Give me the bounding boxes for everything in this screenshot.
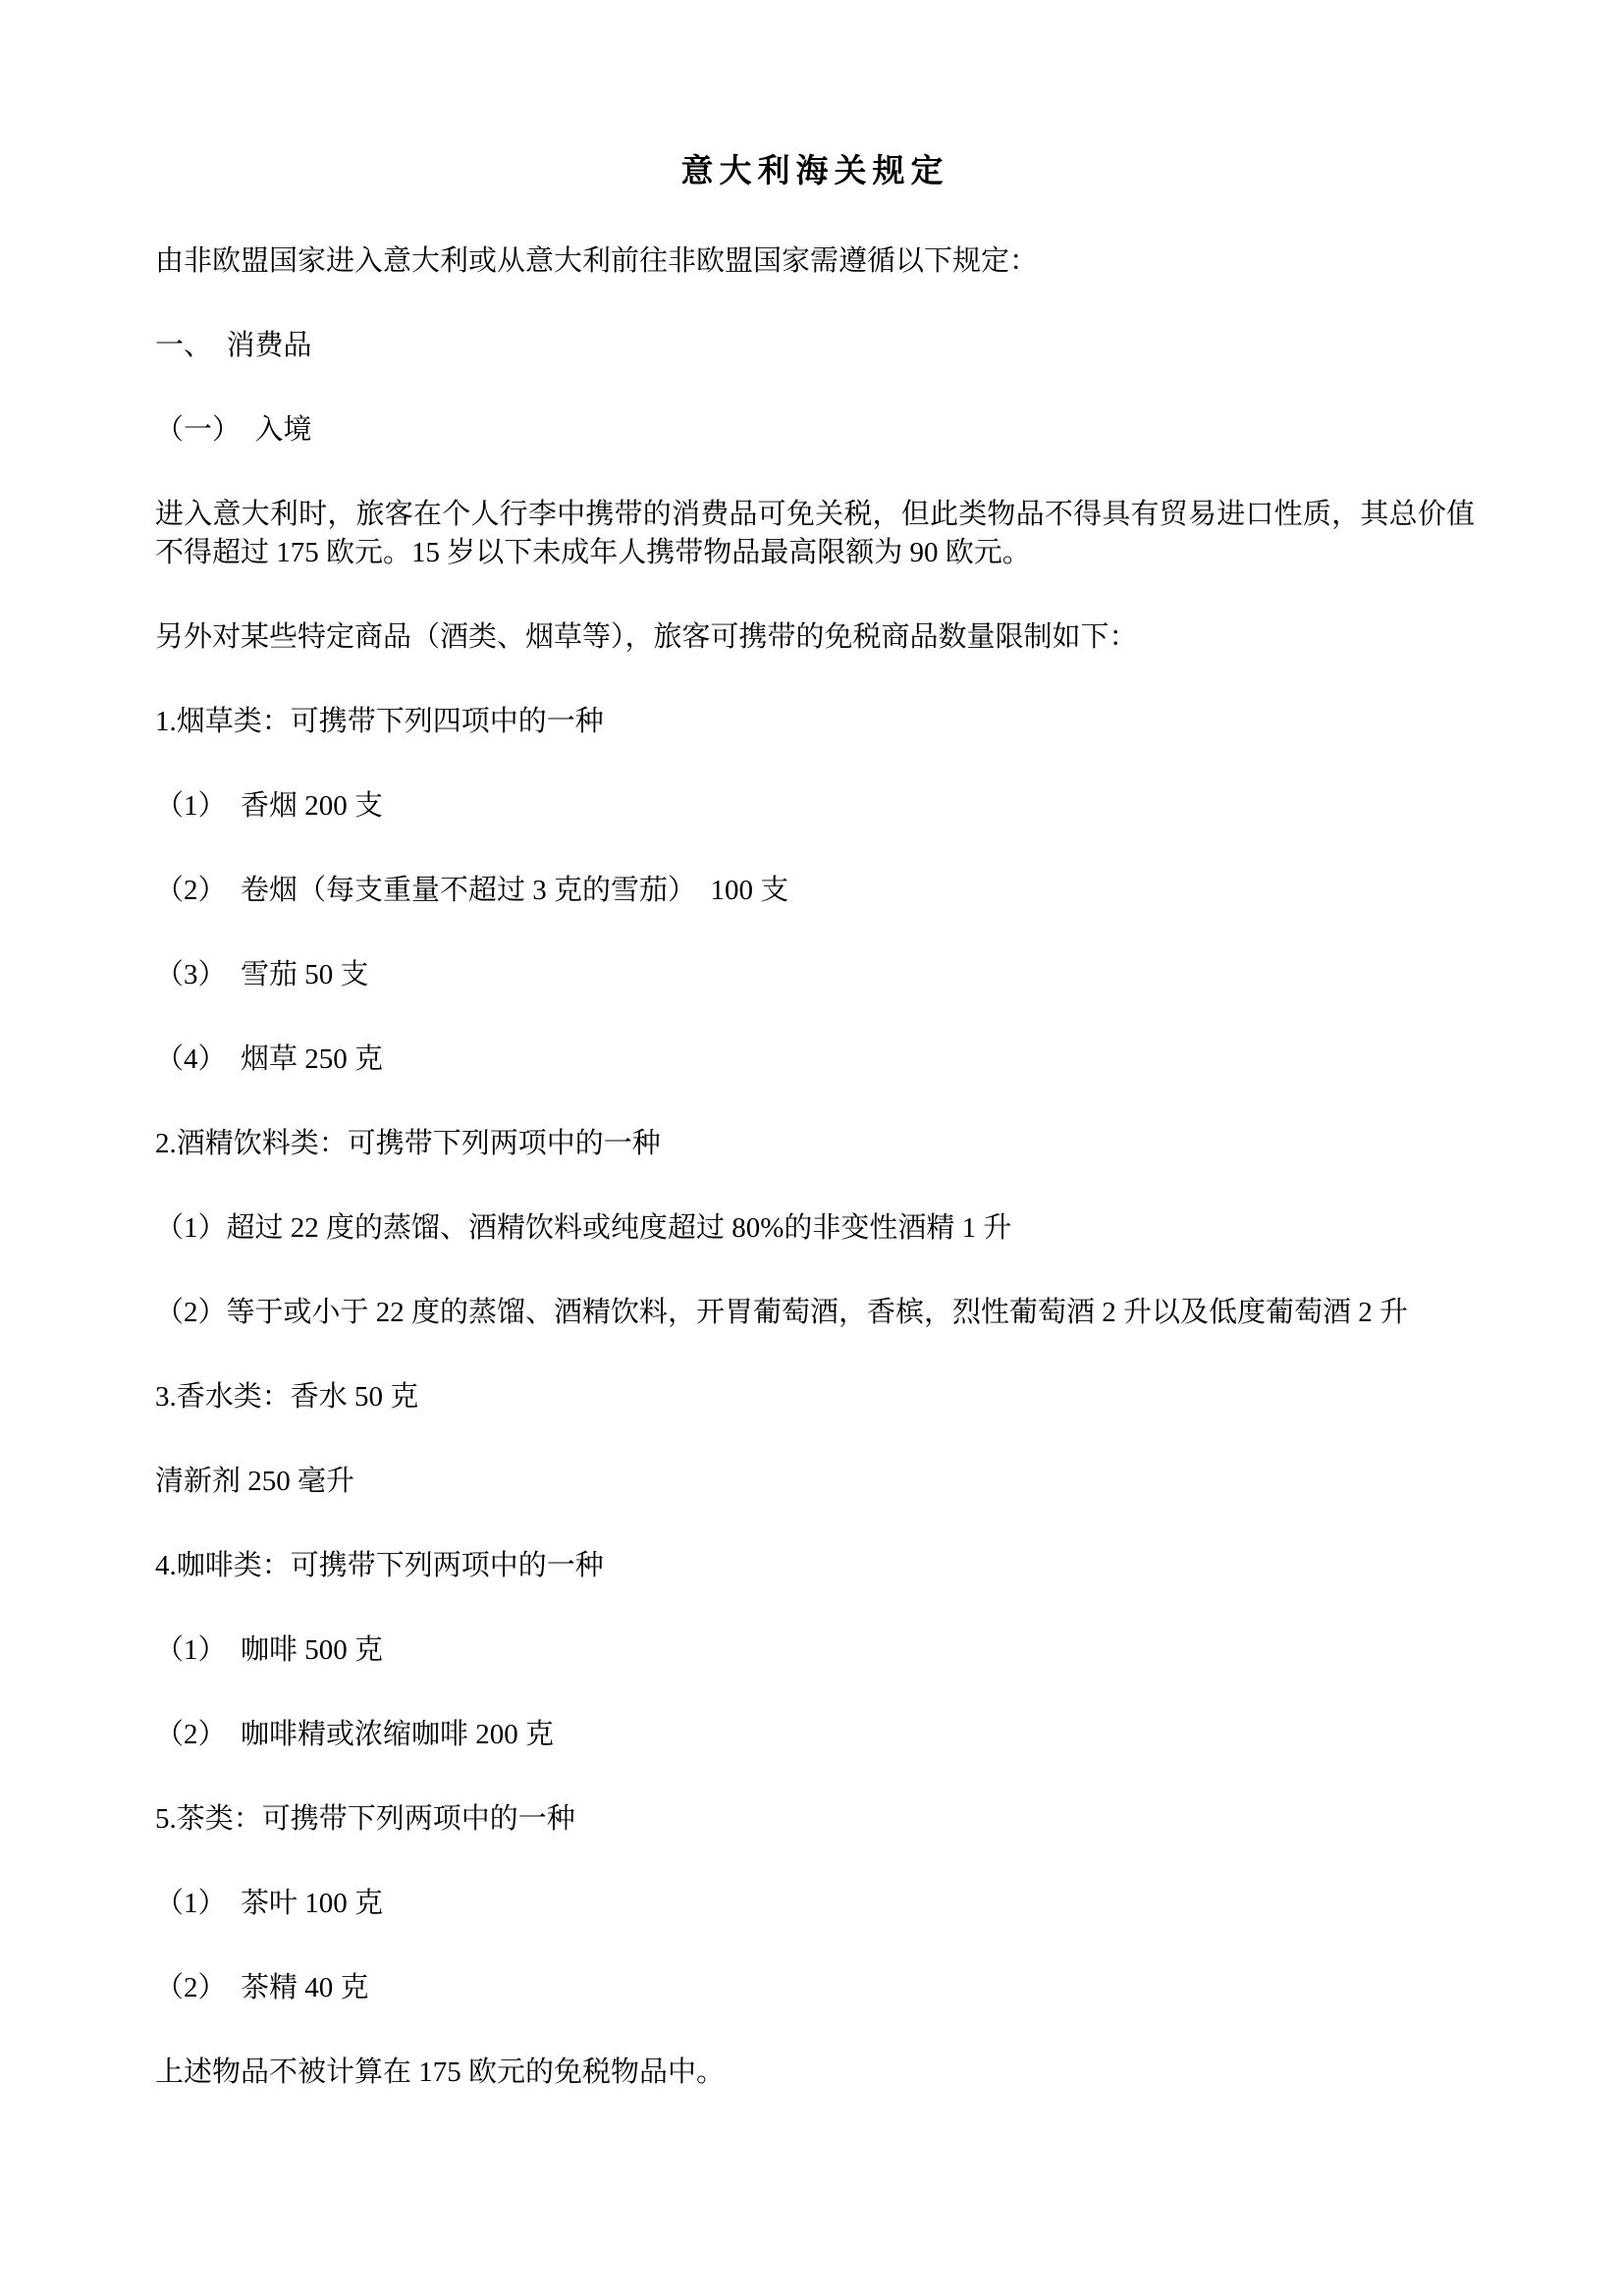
list-item-coffee: （1） 咖啡 500 克 [155, 1631, 1475, 1670]
list-item-spirits-under-22: （2）等于或小于 22 度的蒸馏、酒精饮料，开胃葡萄酒，香槟，烈性葡萄酒 2 升… [155, 1294, 1475, 1332]
list-item-cigars: （3） 雪茄 50 支 [155, 956, 1475, 994]
paragraph-special-goods: 另外对某些特定商品（酒类、烟草等），旅客可携带的免税商品数量限制如下： [155, 618, 1475, 657]
page-title: 意大利海关规定 [155, 149, 1475, 194]
document-content: 意大利海关规定 由非欧盟国家进入意大利或从意大利前往非欧盟国家需遵循以下规定： … [155, 149, 1475, 2138]
heading-tea: 5.茶类：可携带下列两项中的一种 [155, 1800, 1475, 1839]
heading-subsection-entry: （一） 入境 [155, 411, 1475, 450]
paragraph-duty-free-limit: 进入意大利时，旅客在个人行李中携带的消费品可免关税，但此类物品不得具有贸易进口性… [155, 496, 1475, 572]
heading-section-1: 一、 消费品 [155, 327, 1475, 365]
list-item-cigarillos: （2） 卷烟（每支重量不超过 3 克的雪茄） 100 支 [155, 872, 1475, 910]
heading-alcohol: 2.酒精饮料类：可携带下列两项中的一种 [155, 1125, 1475, 1163]
list-item-spirits-over-22: （1）超过 22 度的蒸馏、酒精饮料或纯度超过 80%的非变性酒精 1 升 [155, 1209, 1475, 1248]
list-item-coffee-extract: （2） 咖啡精或浓缩咖啡 200 克 [155, 1716, 1475, 1754]
list-item-tea-extract: （2） 茶精 40 克 [155, 1969, 1475, 2007]
paragraph-intro: 由非欧盟国家进入意大利或从意大利前往非欧盟国家需遵循以下规定： [155, 242, 1475, 281]
heading-perfume: 3.香水类：香水 50 克 [155, 1378, 1475, 1416]
paragraph-not-counted: 上述物品不被计算在 175 欧元的免税物品中。 [155, 2054, 1475, 2092]
document-page: 意大利海关规定 由非欧盟国家进入意大利或从意大利前往非欧盟国家需遵循以下规定： … [0, 0, 1623, 2296]
list-item-cigarettes: （1） 香烟 200 支 [155, 787, 1475, 826]
list-item-tea-leaves: （1） 茶叶 100 克 [155, 1885, 1475, 1923]
paragraph-freshener: 清新剂 250 毫升 [155, 1463, 1475, 1501]
heading-tobacco: 1.烟草类：可携带下列四项中的一种 [155, 703, 1475, 741]
heading-coffee: 4.咖啡类：可携带下列两项中的一种 [155, 1547, 1475, 1585]
list-item-tobacco: （4） 烟草 250 克 [155, 1041, 1475, 1079]
